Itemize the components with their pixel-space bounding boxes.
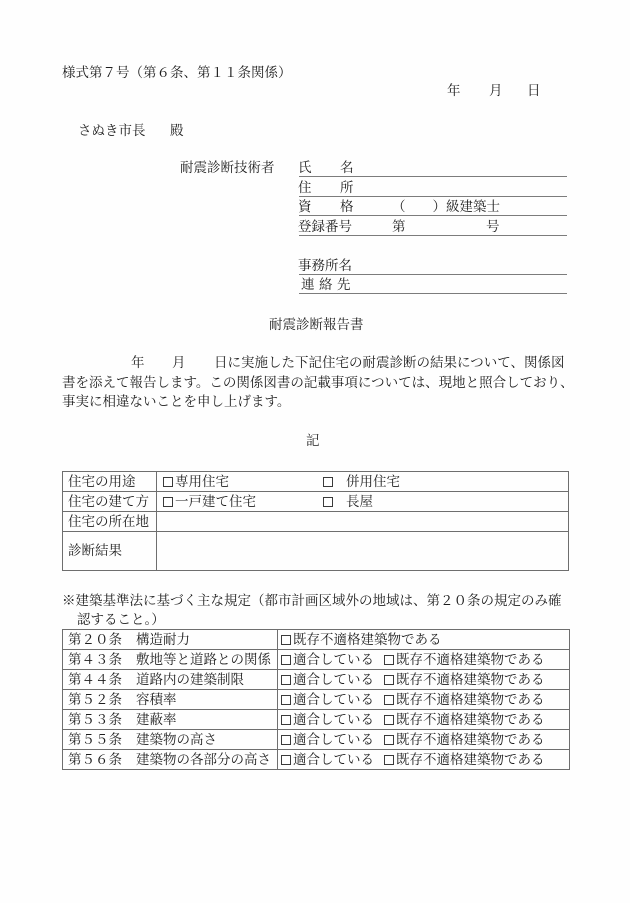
article-number: 第５６条: [68, 752, 136, 768]
status-cell: 適合している既存不適格建築物である: [278, 670, 570, 690]
ki-heading: 記: [306, 433, 320, 449]
option: 適合している: [280, 692, 383, 708]
checkbox-icon: [281, 655, 291, 665]
option: 適合している: [280, 732, 383, 748]
checkbox-icon: [281, 735, 291, 745]
checkbox-icon: [384, 735, 394, 745]
article-cell: 第５２条容積率: [63, 690, 278, 710]
article-subject: 建築物の高さ: [136, 732, 217, 748]
article-number: 第４４条: [68, 672, 136, 688]
status-cell: 既存不適格建築物である: [278, 630, 570, 650]
row-options: 専用住宅併用住宅: [157, 472, 569, 492]
option-label: 既存不適格建築物である: [396, 752, 545, 768]
article-number: 第２０条: [68, 632, 136, 648]
checkbox-icon: [281, 755, 291, 765]
checkbox-icon: [163, 497, 173, 507]
addressee-name: さぬき市長: [78, 123, 146, 139]
table-row: 第５２条容積率 適合している既存不適格建築物である: [63, 690, 570, 710]
article-subject: 容積率: [136, 692, 177, 708]
checkbox-icon: [323, 497, 333, 507]
option-label: 適合している: [293, 752, 374, 768]
status-cell: 適合している既存不適格建築物である: [278, 650, 570, 670]
option-label: 適合している: [293, 692, 374, 708]
option: 併用住宅: [322, 474, 400, 490]
option-label: 既存不適格建築物である: [293, 632, 442, 648]
option-label: 適合している: [293, 712, 374, 728]
body-year-label: 年: [131, 355, 145, 371]
name-field: 氏名: [299, 157, 567, 177]
option: 適合している: [280, 752, 383, 768]
name-label: 氏名: [298, 160, 382, 176]
regulation-note-line2: 認すること。）: [77, 612, 165, 628]
option-label: 適合している: [293, 652, 374, 668]
article-subject: 構造耐力: [136, 632, 190, 648]
article-subject: 建築物の各部分の高さ: [136, 752, 271, 768]
contact-field: 連絡先: [299, 274, 567, 294]
table-row: 診断結果: [63, 532, 569, 571]
option-label: 併用住宅: [346, 474, 400, 490]
qualification-value: （ ）級建築士: [392, 199, 500, 215]
status-cell: 適合している既存不適格建築物である: [278, 710, 570, 730]
row-label: 住宅の用途: [63, 472, 157, 492]
article-number: 第４３条: [68, 652, 136, 668]
location-value: [157, 512, 569, 532]
option-label: 既存不適格建築物である: [396, 732, 545, 748]
diagnosis-result-value: [157, 532, 569, 571]
status-cell: 適合している既存不適格建築物である: [278, 730, 570, 750]
article-cell: 第４３条敷地等と道路との関係: [63, 650, 278, 670]
option: 適合している: [280, 672, 383, 688]
date-month-label: 月: [489, 83, 503, 99]
checkbox-icon: [384, 755, 394, 765]
article-subject: 道路内の建築制限: [136, 672, 244, 688]
option: 専用住宅: [162, 474, 322, 490]
article-number: 第５３条: [68, 712, 136, 728]
option-label: 既存不適格建築物である: [396, 712, 545, 728]
date-day-label: 日: [527, 83, 541, 99]
status-cell: 適合している既存不適格建築物である: [278, 750, 570, 770]
addressee-honorific: 殿: [170, 123, 184, 139]
table-row: 第２０条構造耐力 既存不適格建築物である: [63, 630, 570, 650]
registration-label: 登録番号: [298, 219, 352, 235]
checkbox-icon: [281, 675, 291, 685]
article-number: 第５５条: [68, 732, 136, 748]
article-cell: 第５３条建蔽率: [63, 710, 278, 730]
office-label: 事務所名: [298, 258, 352, 274]
table-row: 住宅の用途 専用住宅併用住宅: [63, 472, 569, 492]
table-row: 第４４条道路内の建築制限 適合している既存不適格建築物である: [63, 670, 570, 690]
option: 適合している: [280, 712, 383, 728]
option-label: 既存不適格建築物である: [396, 672, 545, 688]
body-month-label: 月: [172, 355, 186, 371]
option-label: 適合している: [293, 732, 374, 748]
checkbox-icon: [384, 695, 394, 705]
address-field: 住所: [299, 177, 567, 197]
row-label: 住宅の所在地: [63, 512, 157, 532]
body-line3: 事実に相違ないことを申し上げます。: [62, 394, 290, 410]
checkbox-icon: [384, 675, 394, 685]
article-cell: 第５５条建築物の高さ: [63, 730, 278, 750]
option-label: 既存不適格建築物である: [396, 652, 545, 668]
option-label: 既存不適格建築物である: [396, 692, 545, 708]
address-label: 住所: [298, 180, 382, 196]
body-line1: 日に実施した下記住宅の耐震診断の結果について、関係図: [214, 355, 564, 371]
table-row: 第５５条建築物の高さ 適合している既存不適格建築物である: [63, 730, 570, 750]
article-cell: 第４４条道路内の建築制限: [63, 670, 278, 690]
status-cell: 適合している既存不適格建築物である: [278, 690, 570, 710]
contact-label: 連絡先: [301, 277, 355, 293]
regulation-note-line1: ※建築基準法に基づく主な規定（都市計画区域外の地域は、第２０条の規定のみ確: [62, 593, 562, 609]
option-label: 専用住宅: [175, 474, 229, 490]
checkbox-icon: [281, 715, 291, 725]
office-field: 事務所名: [299, 255, 567, 275]
body-line2: 書を添えて報告します。この関係図書の記載事項については、現地と照合しており、: [62, 375, 574, 391]
option-label: 一戸建て住宅: [175, 494, 256, 510]
report-title: 耐震診断報告書: [269, 317, 364, 333]
regulations-table: 第２０条構造耐力 既存不適格建築物である 第４３条敷地等と道路との関係 適合して…: [62, 629, 570, 770]
table-row: 第５３条建蔽率 適合している既存不適格建築物である: [63, 710, 570, 730]
qualification-label: 資格: [298, 199, 382, 215]
checkbox-icon: [384, 655, 394, 665]
registration-prefix: 第: [392, 219, 406, 235]
article-number: 第５２条: [68, 692, 136, 708]
table-row: 住宅の所在地: [63, 512, 569, 532]
date-year-label: 年: [447, 83, 461, 99]
checkbox-icon: [281, 695, 291, 705]
row-options: 一戸建て住宅長屋: [157, 492, 569, 512]
article-cell: 第２０条構造耐力: [63, 630, 278, 650]
option-label: 長屋: [346, 494, 373, 510]
registration-suffix: 号: [486, 219, 500, 235]
checkbox-icon: [163, 477, 173, 487]
qualification-field: 資格 （ ）級建築士: [299, 196, 567, 216]
table-row: 第５６条建築物の各部分の高さ 適合している既存不適格建築物である: [63, 750, 570, 770]
row-label: 診断結果: [63, 532, 157, 571]
option: 一戸建て住宅: [162, 494, 322, 510]
table-row: 第４３条敷地等と道路との関係 適合している既存不適格建築物である: [63, 650, 570, 670]
form-number: 様式第７号（第６条、第１１条関係）: [62, 65, 292, 81]
article-cell: 第５６条建築物の各部分の高さ: [63, 750, 278, 770]
document-page: 様式第７号（第６条、第１１条関係） 年 月 日 さぬき市長 殿 耐震診断技術者 …: [0, 0, 630, 903]
row-label: 住宅の建て方: [63, 492, 157, 512]
registration-field: 登録番号 第 号: [299, 216, 567, 236]
technician-heading: 耐震診断技術者: [180, 160, 275, 176]
checkbox-icon: [384, 715, 394, 725]
house-table: 住宅の用途 専用住宅併用住宅 住宅の建て方 一戸建て住宅長屋 住宅の所在地 診断…: [62, 471, 569, 571]
article-subject: 建蔽率: [136, 712, 177, 728]
checkbox-icon: [281, 635, 291, 645]
option: 適合している: [280, 652, 383, 668]
option: 長屋: [322, 494, 373, 510]
table-row: 住宅の建て方 一戸建て住宅長屋: [63, 492, 569, 512]
option-label: 適合している: [293, 672, 374, 688]
checkbox-icon: [323, 477, 333, 487]
article-subject: 敷地等と道路との関係: [136, 652, 271, 668]
